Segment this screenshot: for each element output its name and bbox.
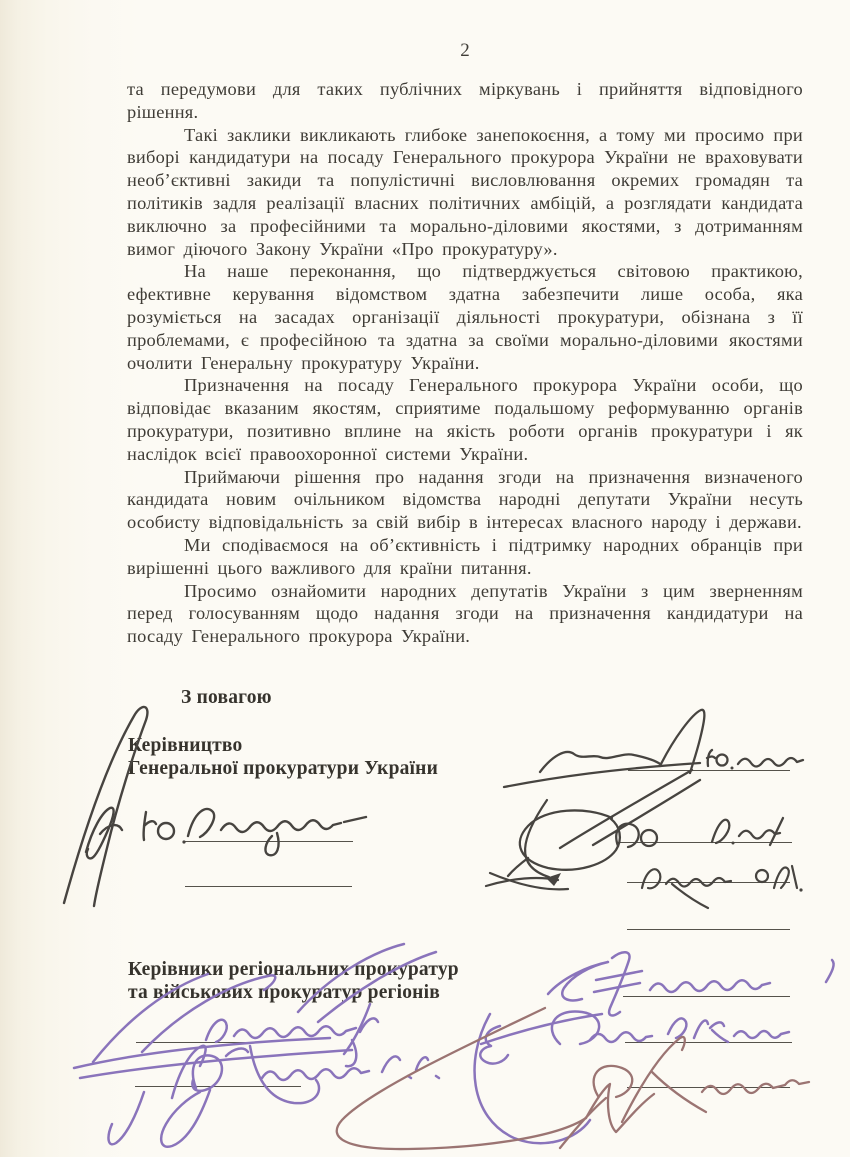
signature-line: [627, 1087, 790, 1088]
signer-block-gpu: Керівництво Генеральної прокуратури Укра…: [128, 734, 438, 780]
salutation: З повагою: [181, 686, 272, 709]
paragraph: Призначення на посаду Генерального проку…: [127, 374, 803, 465]
signer-title-line: та військових прокуратур регіонів: [128, 981, 459, 1004]
signature-regional-right-brown: [337, 1008, 809, 1149]
signature-line: [628, 770, 790, 771]
signature-zenchenko: [486, 800, 803, 908]
signature-line: [627, 929, 790, 930]
paragraph: Приймаючи рішення про надання згоди на п…: [127, 466, 803, 534]
signature-line: [627, 882, 790, 883]
paragraph: Просимо ознайомити народних депутатів Ук…: [127, 580, 803, 648]
scanned-letter-page: 2 та передумови для таких публічних мірк…: [0, 0, 850, 1157]
signer-title-line: Керівники регіональних прокуратур: [128, 958, 459, 981]
paragraph: Ми сподіваємося на об’єктивність і підтр…: [127, 534, 803, 580]
paragraph: Такі заклики викликають глибоке занепоко…: [127, 124, 803, 261]
signature-line: [183, 841, 353, 842]
signature-line: [623, 996, 790, 997]
signature-line: [625, 1042, 792, 1043]
signature-line: [135, 1086, 301, 1087]
signer-title-line: Генеральної прокуратури України: [128, 757, 438, 780]
signature-line: [185, 886, 352, 887]
paragraph-continuation: та передумови для таких публічних міркув…: [127, 78, 803, 124]
page-number: 2: [80, 40, 850, 62]
signature-govda: [508, 770, 783, 876]
signature-line: [136, 1042, 255, 1043]
signature-line: [616, 842, 792, 843]
letter-body: та передумови для таких публічних міркув…: [127, 78, 803, 648]
signature-regional-right-purple: [475, 952, 834, 1143]
paragraph: На наше переконання, що підтверджується …: [127, 260, 803, 374]
signer-block-regional: Керівники регіональних прокуратур та вій…: [128, 958, 459, 1004]
signature-sevruk: [504, 710, 803, 787]
signer-title-line: Керівництво: [128, 734, 438, 757]
